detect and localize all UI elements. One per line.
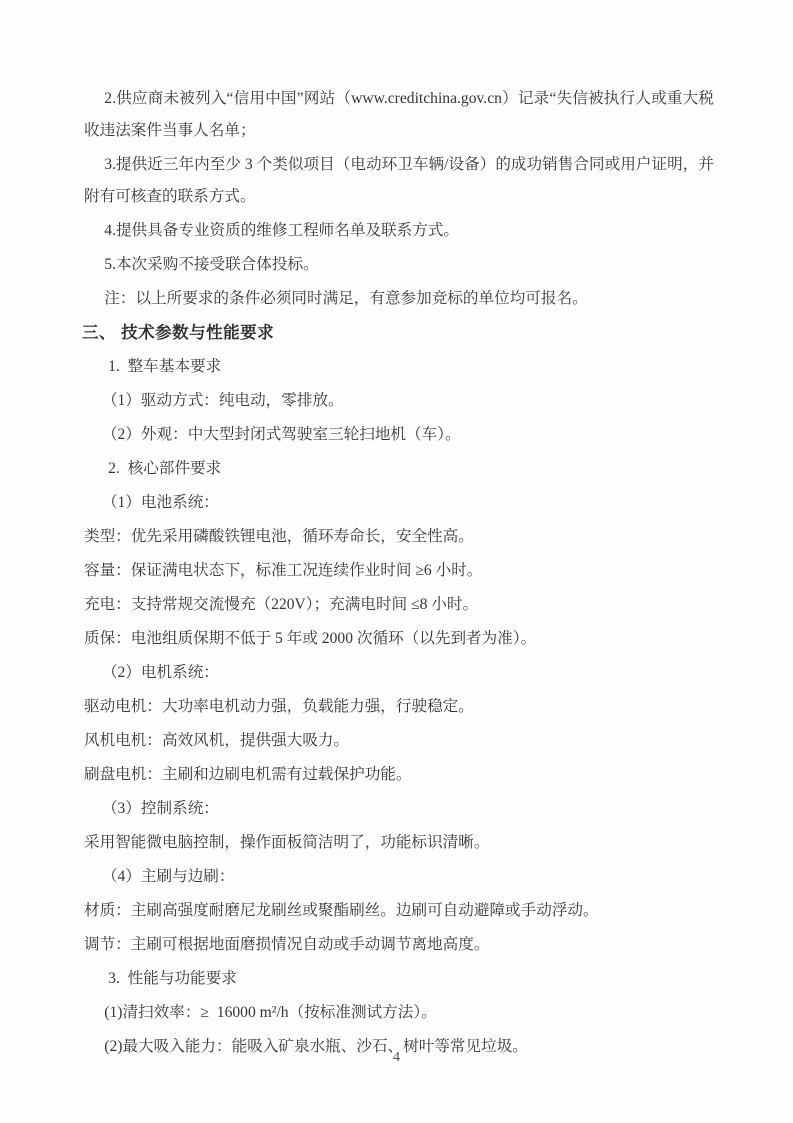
spec-item: （3）控制系统： bbox=[84, 793, 714, 825]
spec-detail: 风机电机：高效风机，提供强大吸力。 bbox=[84, 725, 714, 757]
page-number: 4 bbox=[0, 1048, 793, 1068]
spec-item: （2）电机系统： bbox=[84, 657, 714, 689]
spec-detail: 类型：优先采用磷酸铁锂电池，循环寿命长，安全性高。 bbox=[84, 521, 714, 553]
section-heading: 三、 技术参数与性能要求 bbox=[82, 317, 714, 349]
spec-detail: 调节：主刷可根据地面磨损情况自动或手动调节离地高度。 bbox=[84, 929, 714, 961]
sub-heading: 1. 整车基本要求 bbox=[84, 351, 714, 383]
condition-item: 5.本次采购不接受联合体投标。 bbox=[84, 249, 714, 281]
spec-item: （2）外观：中大型封闭式驾驶室三轮扫地机（车）。 bbox=[84, 419, 714, 451]
spec-detail: 充电：支持常规交流慢充（220V）；充满电时间 ≤8 小时。 bbox=[84, 589, 714, 621]
condition-item: 2.供应商未被列入“信用中国”网站（www.creditchina.gov.cn… bbox=[84, 83, 714, 147]
condition-item: 4.提供具备专业资质的维修工程师名单及联系方式。 bbox=[84, 215, 714, 247]
sub-heading: 2. 核心部件要求 bbox=[84, 453, 714, 485]
spec-detail: 采用智能微电脑控制，操作面板简洁明了，功能标识清晰。 bbox=[84, 827, 714, 859]
spec-item: （4）主刷与边刷： bbox=[84, 861, 714, 893]
spec-detail: 容量：保证满电状态下，标准工况连续作业时间 ≥6 小时。 bbox=[84, 555, 714, 587]
note: 注：以上所要求的条件必须同时满足，有意参加竞标的单位均可报名。 bbox=[84, 283, 714, 315]
spec-detail: 刷盘电机：主刷和边刷电机需有过载保护功能。 bbox=[84, 759, 714, 791]
sub-heading: 3. 性能与功能要求 bbox=[84, 963, 714, 995]
spec-item: （1）电池系统： bbox=[84, 487, 714, 519]
spec-detail: 质保：电池组质保期不低于 5 年或 2000 次循环（以先到者为准）。 bbox=[84, 623, 714, 655]
spec-detail: 驱动电机：大功率电机动力强，负载能力强，行驶稳定。 bbox=[84, 691, 714, 723]
spec-detail: 材质：主刷高强度耐磨尼龙刷丝或聚酯刷丝。边刷可自动避障或手动浮动。 bbox=[84, 895, 714, 927]
condition-item: 3.提供近三年内至少 3 个类似项目（电动环卫车辆/设备）的成功销售合同或用户证… bbox=[84, 149, 714, 213]
spec-item: （1）驱动方式：纯电动，零排放。 bbox=[84, 385, 714, 417]
document-body: 2.供应商未被列入“信用中国”网站（www.creditchina.gov.cn… bbox=[84, 83, 714, 1065]
spec-item: (1)清扫效率：≥ 16000 m²/h（按标准测试方法）。 bbox=[84, 997, 714, 1029]
document-page: 2.供应商未被列入“信用中国”网站（www.creditchina.gov.cn… bbox=[0, 0, 793, 1123]
